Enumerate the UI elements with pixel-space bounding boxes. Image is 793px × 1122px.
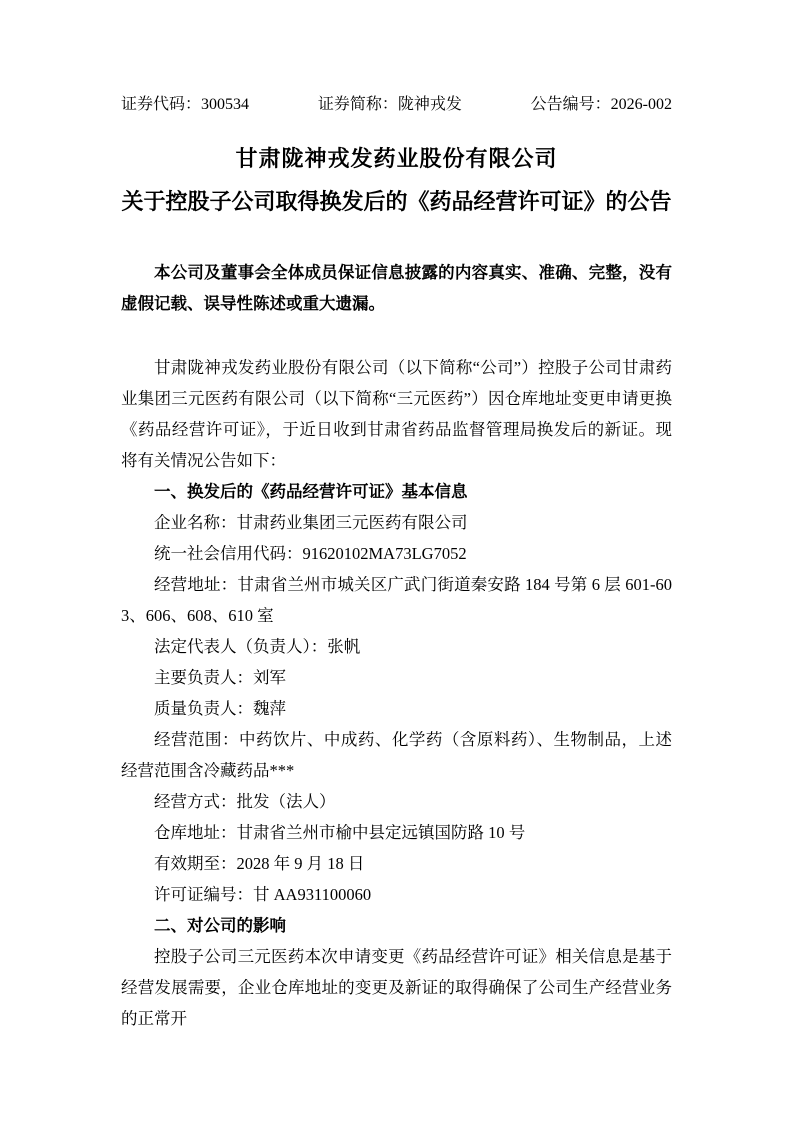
field-credit-code: 统一社会信用代码：91620102MA73LG7052 — [121, 538, 672, 569]
field-valid-until: 有效期至：2028 年 9 月 18 日 — [121, 848, 672, 879]
announcement-number: 公告编号：2026-002 — [531, 95, 672, 115]
stock-abbreviation: 证券简称：陇神戎发 — [318, 95, 462, 115]
board-disclaimer: 本公司及董事会全体成员保证信息披露的内容真实、准确、完整，没有虚假记载、误导性陈… — [121, 257, 672, 319]
section2-heading: 二、对公司的影响 — [121, 910, 672, 941]
section1-heading: 一、换发后的《药品经营许可证》基本信息 — [121, 476, 672, 507]
document-page: 证券代码：300534 证券简称：陇神戎发 公告编号：2026-002 甘肃陇神… — [0, 0, 793, 1122]
stock-code: 证券代码：300534 — [121, 95, 249, 115]
field-quality-person: 质量负责人：魏萍 — [121, 693, 672, 724]
field-enterprise-name: 企业名称：甘肃药业集团三元医药有限公司 — [121, 507, 672, 538]
section2-paragraph: 控股子公司三元医药本次申请变更《药品经营许可证》相关信息是基于经营发展需要，企业… — [121, 941, 672, 1034]
field-license-number: 许可证编号：甘 AA931100060 — [121, 879, 672, 910]
company-name-title: 甘肃陇神戎发药业股份有限公司 — [121, 146, 672, 172]
intro-paragraph: 甘肃陇神戎发药业股份有限公司（以下简称“公司”）控股子公司甘肃药业集团三元医药有… — [121, 352, 672, 476]
document-header: 证券代码：300534 证券简称：陇神戎发 公告编号：2026-002 — [121, 95, 672, 115]
field-business-address: 经营地址：甘肃省兰州市城关区广武门街道秦安路 184 号第 6 层 601-60… — [121, 569, 672, 631]
field-main-person: 主要负责人：刘军 — [121, 662, 672, 693]
field-legal-representative: 法定代表人（负责人）：张帆 — [121, 631, 672, 662]
field-business-mode: 经营方式：批发（法人） — [121, 786, 672, 817]
field-warehouse-address: 仓库地址：甘肃省兰州市榆中县定远镇国防路 10 号 — [121, 817, 672, 848]
announcement-title: 关于控股子公司取得换发后的《药品经营许可证》的公告 — [121, 189, 672, 215]
field-business-scope: 经营范围：中药饮片、中成药、化学药（含原料药）、生物制品，上述经营范围含冷藏药品… — [121, 724, 672, 786]
